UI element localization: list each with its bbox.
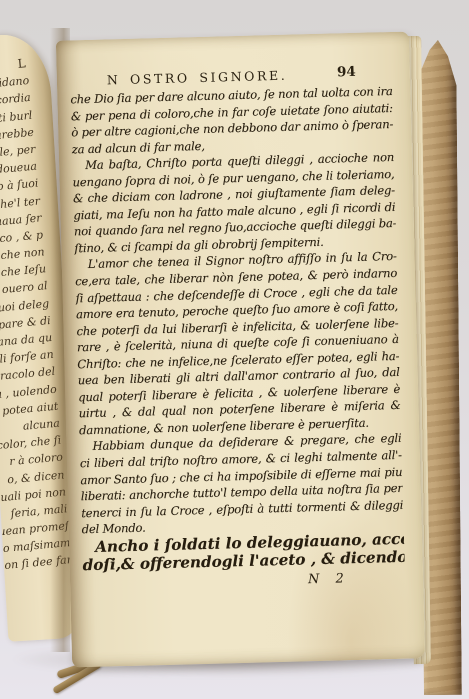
right-page: N OSTRO SIGNORE. 94 che Dio ſia per dare… — [56, 31, 425, 667]
left-page-fragment-line: L — [17, 55, 28, 73]
photo-background: Lche ſi fidanoer concordiao non ti burln… — [0, 0, 469, 699]
text-block: che Dio ſia per dare alcuno aiuto, ſe no… — [70, 83, 405, 575]
page-number: 94 — [337, 64, 356, 80]
running-head: N OSTRO SIGNORE. — [107, 68, 288, 88]
signature-mark: N 2 — [308, 571, 344, 587]
